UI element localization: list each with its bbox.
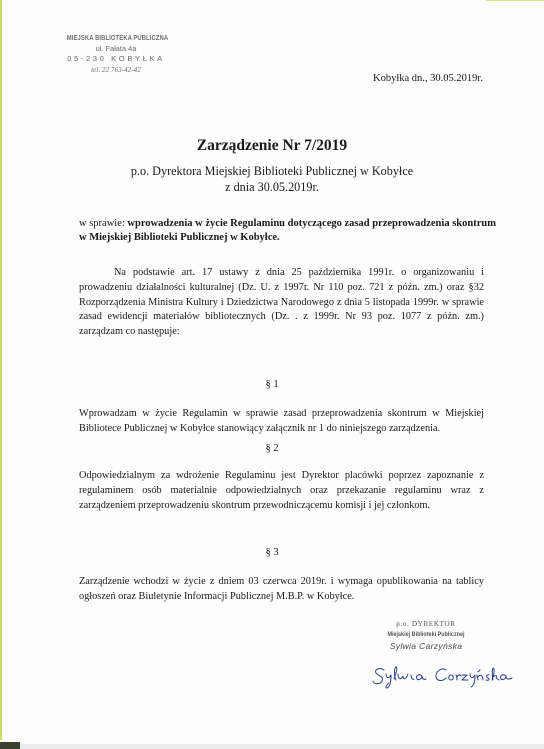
scan-edge-bottom — [20, 744, 544, 749]
section-1-mark: § 1 — [0, 379, 544, 390]
section-3-text: Zarządzenie wchodzi w życie z dniem 03 c… — [79, 575, 484, 605]
handwritten-signature — [370, 662, 520, 690]
section-3-mark: § 3 — [0, 547, 544, 558]
subject-text: wprowadzenia w życie Regulaminu dotycząc… — [79, 218, 496, 243]
section-1-text: Wprowadzam w życie Regulamin w sprawie z… — [79, 407, 484, 437]
director-role: p.o. DYREKTOR — [366, 620, 486, 630]
library-stamp: MIEJSKA BIBLIOTEKA PUBLICZNA ul. Fałata … — [56, 33, 176, 75]
director-name: Sylwia Carzyńska — [366, 642, 486, 652]
scan-edge-corner — [0, 742, 20, 749]
document-title: Zarządzenie Nr 7/2019 — [0, 137, 544, 155]
section-2-mark: § 2 — [0, 443, 544, 454]
stamp-street: ul. Fałata 4a — [56, 44, 176, 55]
scan-edge-left — [0, 0, 2, 740]
stamp-name: MIEJSKA BIBLIOTEKA PUBLICZNA — [67, 33, 165, 44]
director-org: Miejskiej Biblioteki Publicznej — [378, 630, 474, 640]
subtitle-issuer: p.o. Dyrektora Miejskiej Biblioteki Publ… — [0, 163, 544, 179]
stamp-tel: tel. 22 763-42-42 — [56, 65, 176, 76]
document-subtitle: p.o. Dyrektora Miejskiej Biblioteki Publ… — [0, 163, 544, 195]
director-stamp: p.o. DYREKTOR Miejskiej Biblioteki Publi… — [366, 620, 486, 652]
subject-label: w sprawie: — [79, 218, 127, 229]
intro-paragraph: Na podstawie art. 17 ustawy z dnia 25 pa… — [79, 266, 484, 340]
scan-edge-top — [486, 0, 544, 1]
place-date: Kobyłka dn., 30.05.2019r. — [373, 73, 483, 84]
section-2-text: Odpowiedzialnym za wdrożenie Regulaminu … — [79, 469, 484, 513]
stamp-city: 05-230 KOBYŁKA — [56, 54, 176, 65]
scanned-document-page: MIEJSKA BIBLIOTEKA PUBLICZNA ul. Fałata … — [0, 0, 544, 749]
subject: w sprawie: wprowadzenia w życie Regulami… — [79, 217, 499, 245]
subtitle-date: z dnia 30.05.2019r. — [0, 179, 544, 195]
